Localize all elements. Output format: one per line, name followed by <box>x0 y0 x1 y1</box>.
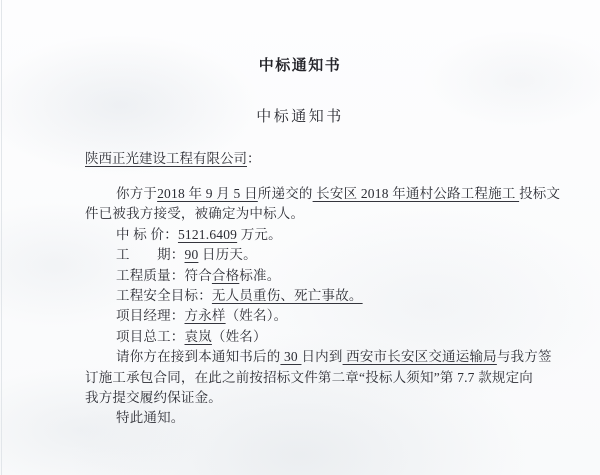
text-segment: 工 期： <box>116 247 185 262</box>
document-body: 你方于2018 年 9 月 5 日所递交的 长安区 2018 年通村公路工程施工… <box>85 184 540 429</box>
text-segment: （姓名）。 <box>226 308 288 323</box>
text-segment: 与我方签 <box>497 349 552 364</box>
document-line: 工程安全目标：无人员重伤、死亡事故。 <box>85 286 540 306</box>
document-line: 你方于2018 年 9 月 5 日所递交的 长安区 2018 年通村公路工程施工… <box>85 184 540 204</box>
text-segment: （姓名） <box>212 329 267 344</box>
underlined-text-segment: 西安市长安区交通运输局 <box>343 349 497 364</box>
document-line: 项目经理：方永样（姓名）。 <box>85 306 540 326</box>
text-segment: 请你方在接到本通知书后的 <box>116 349 280 364</box>
recipient-company-name: 陕西正光建设工程有限公司 <box>85 151 247 166</box>
underlined-text-segment: 30 <box>280 349 301 364</box>
underlined-text-segment: 90 <box>185 247 199 262</box>
text-segment: 订施工承包合同，在此之前按招标文件第二章“投标人须知”第 7.7 款规定向 <box>85 370 533 385</box>
document-title-regular: 中标通知书 <box>0 105 600 126</box>
text-segment: 项目总工： <box>116 329 185 344</box>
document-line: 订施工承包合同，在此之前按招标文件第二章“投标人须知”第 7.7 款规定向 <box>85 368 540 388</box>
text-segment: 件已被我方接受，被确定为中标人。 <box>85 206 304 221</box>
text-segment: 特此通知。 <box>116 410 185 425</box>
text-segment: 你方于 <box>116 186 157 201</box>
text-segment: 日内到 <box>301 349 342 364</box>
underlined-text-segment: 合格 <box>212 268 239 283</box>
document-line: 请你方在接到本通知书后的 30 日内到 西安市长安区交通运输局与我方签 <box>85 347 540 367</box>
text-segment: 所递交的 <box>258 186 313 201</box>
document-line: 工 期：90 日历天。 <box>85 245 540 265</box>
recipient-line: 陕西正光建设工程有限公司： <box>85 150 600 167</box>
text-segment: 投标文 <box>519 186 560 201</box>
underlined-text-segment: 2018 年 9 月 5 日 <box>157 186 258 201</box>
document-line: 项目总工：袁岚（姓名） <box>85 327 540 347</box>
text-segment: 工程质量：符合 <box>116 268 212 283</box>
text-segment: 项目经理： <box>116 308 185 323</box>
text-segment: 工程安全目标： <box>116 288 212 303</box>
text-segment: 中 标 价： <box>116 227 178 242</box>
text-segment: 万元。 <box>237 227 282 242</box>
document-line: 特此通知。 <box>85 408 540 428</box>
document-line: 中 标 价：5121.6409 万元。 <box>85 225 540 245</box>
text-segment: 标准。 <box>239 268 280 283</box>
recipient-colon: ： <box>247 151 261 166</box>
text-segment: 日历天。 <box>198 247 256 262</box>
underlined-text-segment: 方永样 <box>185 308 226 323</box>
document-title-bold: 中标通知书 <box>0 0 600 75</box>
underlined-text-segment: 长安区 2018 年通村公路工程施工 <box>313 186 520 201</box>
scanned-document-page: 中标通知书 中标通知书 陕西正光建设工程有限公司： 你方于2018 年 9 月 … <box>0 0 600 475</box>
document-line: 件已被我方接受，被确定为中标人。 <box>85 204 540 224</box>
underlined-text-segment: 5121.6409 <box>178 227 237 242</box>
document-line: 我方提交履约保证金。 <box>85 388 540 408</box>
text-segment: 我方提交履约保证金。 <box>85 390 222 405</box>
underlined-text-segment: 袁岚 <box>185 329 212 344</box>
document-line: 工程质量：符合合格标准。 <box>85 266 540 286</box>
underlined-text-segment: 无人员重伤、死亡事故。 <box>212 288 363 303</box>
